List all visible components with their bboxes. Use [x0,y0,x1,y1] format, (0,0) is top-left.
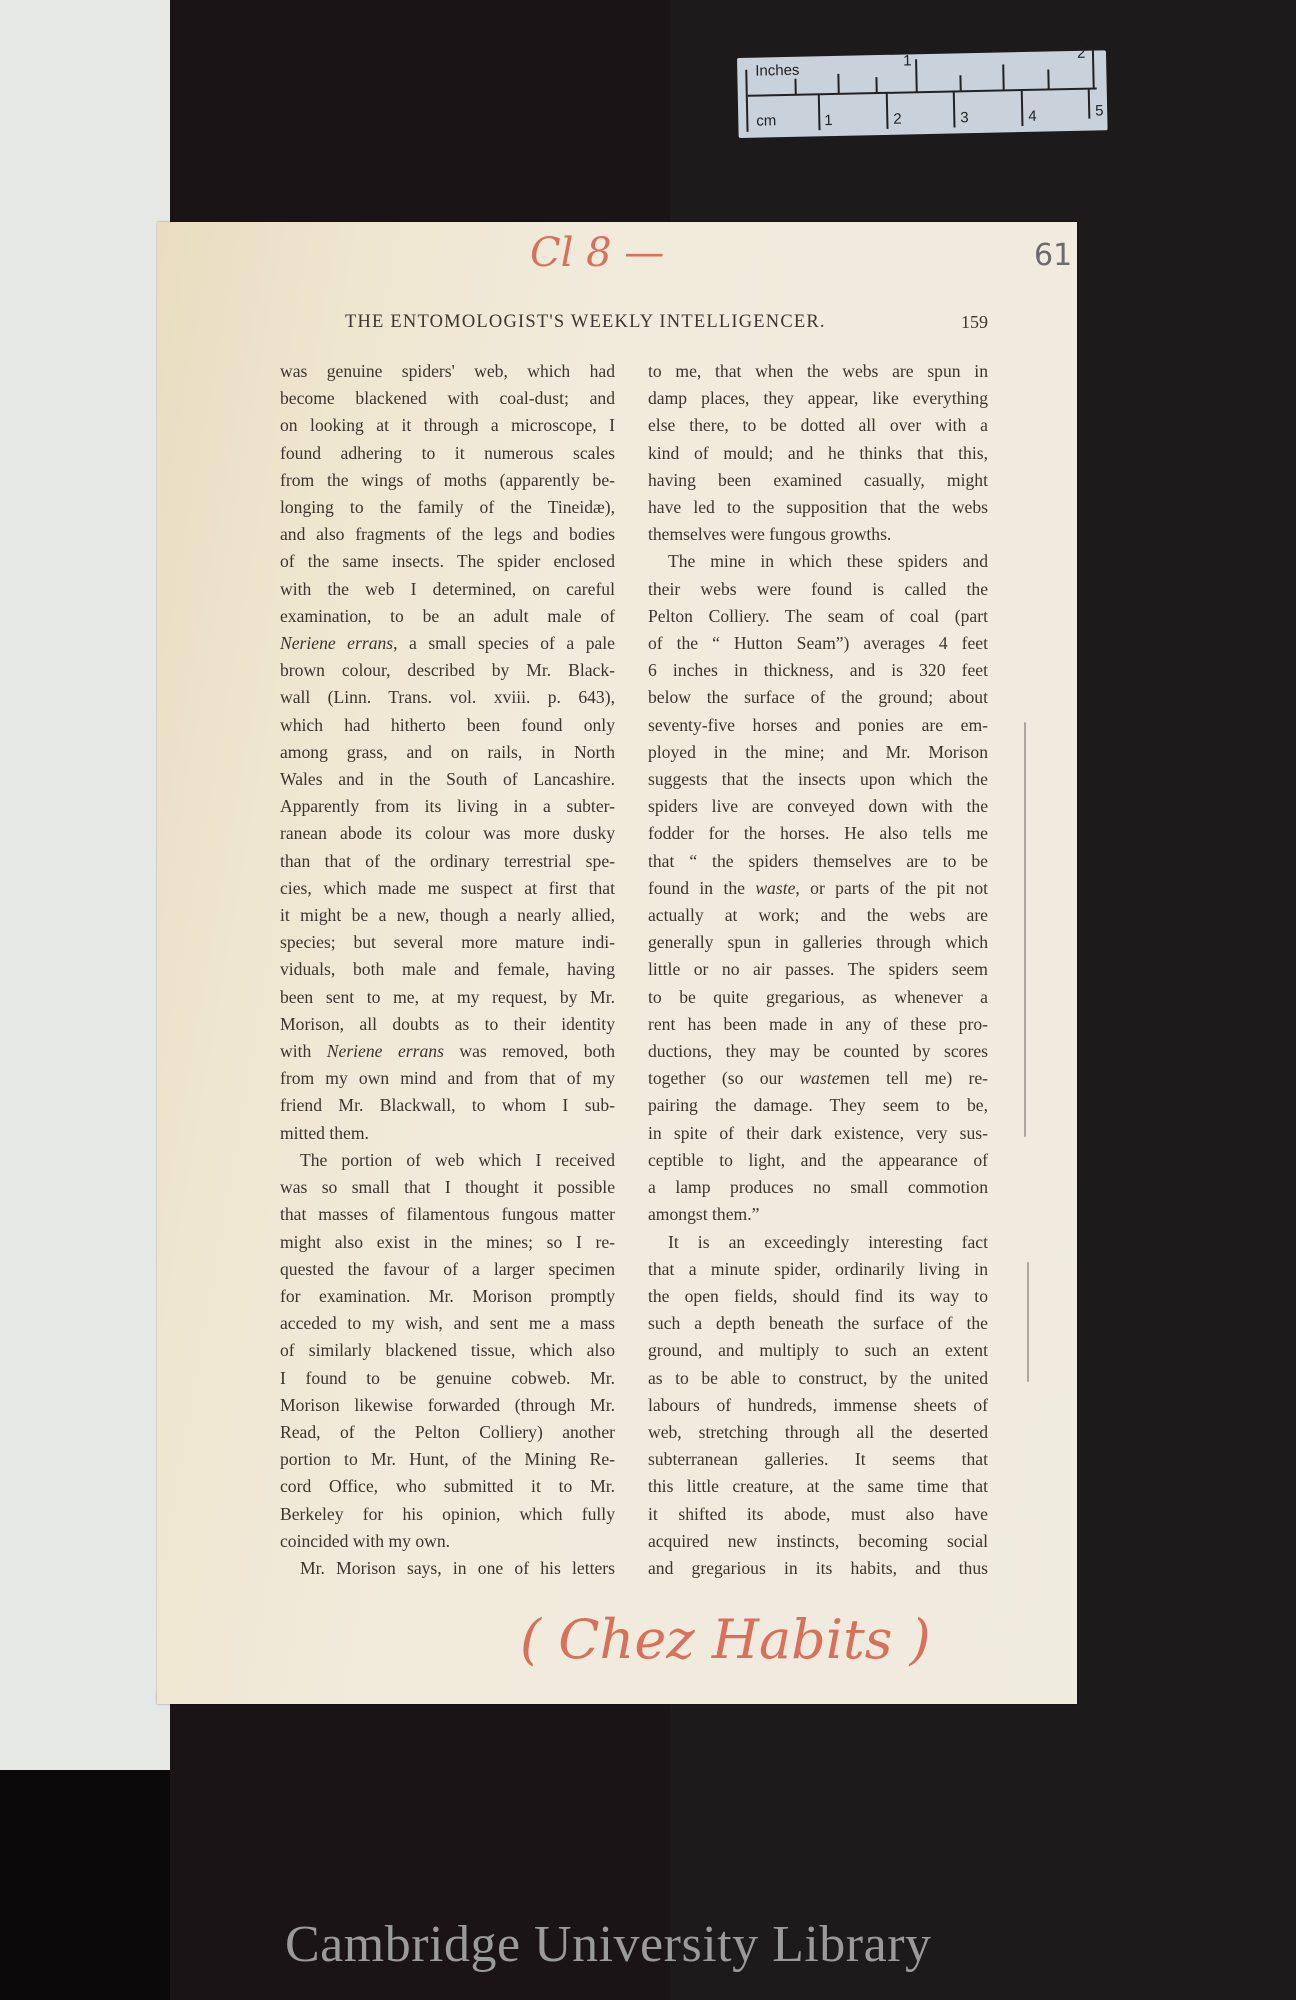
ruler-tick [745,70,748,132]
ruler-axis [748,87,1097,96]
text-line: having been examined casually, might [648,467,988,494]
text-line: of the “ Hutton Seam”) averages 4 feet [648,630,988,657]
text-line: ployed in the mine; and Mr. Morison [648,739,988,766]
text-line: with Neriene errans was removed, both [280,1038,615,1065]
text-column-left: was genuine spiders' web, which hadbecom… [280,358,615,1582]
text-line: generally spun in galleries through whic… [648,929,988,956]
text-line: of the same insects. The spider enclosed [280,548,615,575]
text-line: have led to the supposition that the web… [648,494,988,521]
text-line: cies, which made me suspect at first tha… [280,875,615,902]
text-line: little or no air passes. The spiders see… [648,956,988,983]
text-line: 6 inches in thickness, and is 320 feet [648,657,988,684]
text-line: viduals, both male and female, having [280,956,615,983]
text-line: Morison likewise forwarded (through Mr. [280,1392,615,1419]
text-line: labours of hundreds, immense sheets of [648,1392,988,1419]
text-line: kind of mould; and he thinks that this, [648,440,988,467]
text-line: Morison, all doubts as to their identity [280,1011,615,1038]
running-head: THE ENTOMOLOGIST'S WEEKLY INTELLIGENCER. [345,312,826,333]
text-line: among grass, and on rails, in North [280,739,615,766]
text-line: and gregarious in its habits, and thus [648,1555,988,1582]
red-pencil-annotation-bottom: ( Chez Habits ) [520,1608,931,1671]
ruler-tick [1002,64,1005,90]
text-line: acquired new instincts, becoming social [648,1528,988,1555]
text-line: amongst them.” [648,1201,988,1228]
pencil-margin-line [1024,722,1026,1137]
text-line: portion to Mr. Hunt, of the Mining Re- [280,1446,615,1473]
white-backing-left [0,0,170,1770]
text-line: which had hitherto been found only [280,712,615,739]
text-line: was so small that I thought it possible [280,1174,615,1201]
text-line: it shifted its abode, must also have [648,1501,988,1528]
text-line: Mr. Morison says, in one of his letters [280,1555,615,1582]
text-line: it might be a new, though a nearly allie… [280,902,615,929]
text-line: else there, to be dotted all over with a [648,412,988,439]
text-line: friend Mr. Blackwall, to whom I sub- [280,1092,615,1119]
text-line: damp places, they appear, like everythin… [648,385,988,412]
background-bottom-left [0,1770,170,2000]
red-pencil-annotation-top: Cl 8 — [530,230,664,276]
ruler-tick [818,94,821,130]
ruler-cm-mark: 4 [1028,108,1037,125]
text-line: found adhering to it numerous scales [280,440,615,467]
text-line: that masses of filamentous fungous matte… [280,1201,615,1228]
ruler-tick [959,75,961,91]
ruler-tick [953,91,956,127]
text-line: spiders live are conveyed down with the [648,793,988,820]
pencil-folio-number: 61 [1034,238,1072,273]
text-line: that a minute spider, ordinarily living … [648,1256,988,1283]
text-line: web, stretching through all the deserted [648,1419,988,1446]
text-line: ranean abode its colour was more dusky [280,820,615,847]
text-line: quested the favour of a larger specimen [280,1256,615,1283]
ruler-inch-mark: 1 [903,52,912,69]
text-column-right: to me, that when the webs are spun indam… [648,358,988,1582]
text-line: than that of the ordinary terrestrial sp… [280,848,615,875]
text-line: been sent to me, at my request, by Mr. [280,984,615,1011]
text-line: brown colour, described by Mr. Black- [280,657,615,684]
ruler-tick [837,74,839,94]
text-line: their webs were found is called the [648,576,988,603]
text-line: suggests that the insects upon which the [648,766,988,793]
text-line: to be quite gregarious, as whenever a [648,984,988,1011]
text-line: cord Office, who submitted it to Mr. [280,1473,615,1500]
ruler-inch-mark: 2 [1077,45,1086,62]
ruler-tick [1088,89,1091,119]
text-line: longing to the family of the Tineidæ), [280,494,615,521]
ruler-cm-mark: 3 [960,109,969,126]
ruler-tick [886,93,889,129]
text-line: become blackened with coal-dust; and [280,385,615,412]
text-line: acceded to my wish, and sent me a mass [280,1310,615,1337]
ruler-inches-label: Inches [755,62,800,80]
text-line: to me, that when the webs are spun in [648,358,988,385]
text-line: coincided with my own. [280,1528,615,1555]
ruler-tick [794,79,796,95]
text-line: mitted them. [280,1120,615,1147]
ruler-cm-mark: 2 [893,111,902,128]
text-line: together (so our wastemen tell me) re- [648,1065,988,1092]
ruler-tick [1092,51,1095,89]
text-line: that “ the spiders themselves are to be [648,848,988,875]
text-line: rent has been made in any of these pro- [648,1011,988,1038]
text-line: below the surface of the ground; about [648,684,988,711]
text-line: and also fragments of the legs and bodie… [280,521,615,548]
text-line: found in the waste, or parts of the pit … [648,875,988,902]
ruler-tick [915,59,918,92]
text-line: with the web I determined, on careful [280,576,615,603]
text-line: fodder for the horses. He also tells me [648,820,988,847]
text-line: Berkeley for his opinion, which fully [280,1501,615,1528]
text-line: for examination. Mr. Morison promptly [280,1283,615,1310]
text-line: was genuine spiders' web, which had [280,358,615,385]
ruler-cm-mark: 1 [824,112,833,129]
scale-ruler: Inches cm 1 2 1 2 3 4 5 [737,50,1108,138]
text-line: the open fields, should find its way to [648,1283,988,1310]
page-number: 159 [961,312,988,333]
text-line: pairing the damage. They seem to be, [648,1092,988,1119]
text-line: themselves were fungous growths. [648,521,988,548]
text-line: It is an exceedingly interesting fact [648,1229,988,1256]
text-line: such a depth beneath the surface of the [648,1310,988,1337]
ruler-cm-label: cm [756,112,776,129]
text-line: as to be able to construct, by the unite… [648,1365,988,1392]
text-line: from my own mind and from that of my [280,1065,615,1092]
ruler-tick [875,77,877,93]
text-line: actually at work; and the webs are [648,902,988,929]
text-line: ceptible to light, and the appearance of [648,1147,988,1174]
text-line: species; but several more mature indi- [280,929,615,956]
text-line: Read, of the Pelton Colliery) another [280,1419,615,1446]
text-line: wall (Linn. Trans. vol. xviii. p. 643), [280,684,615,711]
text-line: The portion of web which I received [280,1147,615,1174]
text-line: a lamp produces no small commotion [648,1174,988,1201]
ruler-tick [1047,69,1049,89]
text-line: Wales and in the South of Lancashire. [280,766,615,793]
text-line: ground, and multiply to such an extent [648,1337,988,1364]
text-line: in spite of their dark existence, very s… [648,1120,988,1147]
ruler-cm-mark: 5 [1095,102,1104,119]
text-line: on looking at it through a microscope, I [280,412,615,439]
text-line: ductions, they may be counted by scores [648,1038,988,1065]
text-line: this little creature, at the same time t… [648,1473,988,1500]
text-line: examination, to be an adult male of [280,603,615,630]
text-line: Neriene errans, a small species of a pal… [280,630,615,657]
text-line: Pelton Colliery. The seam of coal (part [648,603,988,630]
text-line: The mine in which these spiders and [648,548,988,575]
ruler-tick [1021,90,1024,126]
text-line: seventy-five horses and ponies are em- [648,712,988,739]
pencil-margin-line [1027,1262,1029,1382]
text-line: subterranean galleries. It seems that [648,1446,988,1473]
text-line: I found to be genuine cobweb. Mr. [280,1365,615,1392]
text-line: might also exist in the mines; so I re- [280,1229,615,1256]
text-line: from the wings of moths (apparently be- [280,467,615,494]
text-line: Apparently from its living in a subter- [280,793,615,820]
text-line: of similarly blackened tissue, which als… [280,1337,615,1364]
library-credit: Cambridge University Library [285,1915,932,1974]
